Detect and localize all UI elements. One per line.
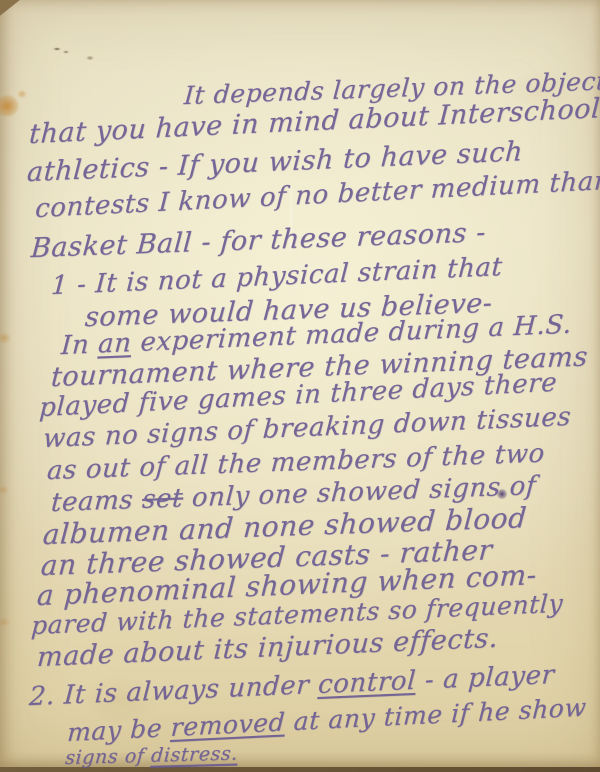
- paper: [0, 0, 600, 767]
